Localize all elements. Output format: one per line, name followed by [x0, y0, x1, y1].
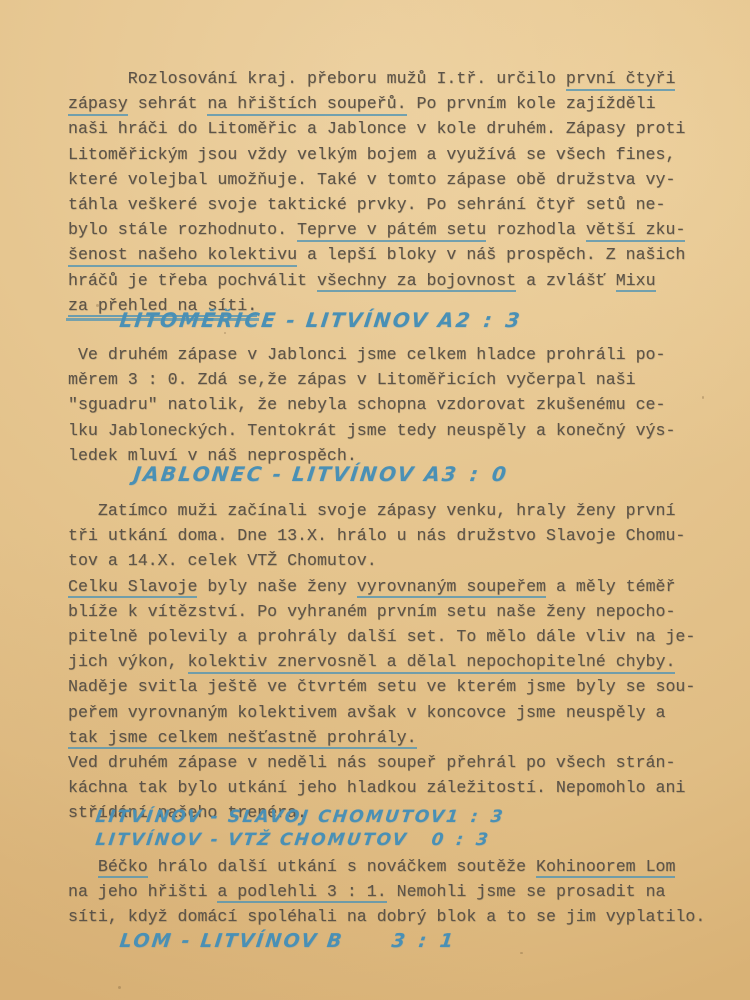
typed-line: naši hráči do Litoměřic a Jablonce v kol…: [68, 116, 716, 141]
typed-line: pitelně polevily a prohrály další set. T…: [68, 624, 716, 649]
underlined-phrase: zápasy: [68, 94, 128, 116]
typed-line: lku Jabloneckých. Tentokrát jsme tedy ne…: [68, 418, 716, 443]
typed-text: rozhodla: [486, 220, 586, 239]
underlined-phrase: vyrovnaným soupeřem: [357, 577, 546, 599]
typed-line: káchna tak bylo utkání jeho hladkou zále…: [68, 775, 716, 800]
underlined-phrase: Mixu: [616, 271, 656, 293]
underlined-phrase: tak jsme celkem nešťastně prohrály.: [68, 728, 417, 750]
typewritten-paragraph: Zatímco muži začínali svoje zápasy venku…: [68, 498, 716, 826]
typed-text: káchna tak bylo utkání jeho hladkou zále…: [68, 778, 685, 797]
handwritten-score: 1 : 3: [445, 806, 508, 829]
typed-line: Celku Slavoje byly naše ženy vyrovnaným …: [68, 574, 716, 599]
typed-text: sehrát: [128, 94, 208, 113]
handwritten-result: LITOMĚŘICE - LITVÍNOV A2 : 3: [118, 306, 719, 334]
handwritten-result: LITVÍNOV - VTŽ CHOMUTOV0 : 3: [94, 829, 719, 852]
underlined-phrase: a podlehli 3 : 1.: [217, 882, 386, 904]
typed-text: Litoměřickým jsou vždy velkým bojem a vy…: [68, 145, 675, 164]
typed-text: táhla veškeré svoje taktické prvky. Po s…: [68, 195, 665, 214]
typed-line: zápasy sehrát na hřištích soupeřů. Po pr…: [68, 91, 716, 116]
typed-text: Po prvním kole zajížděli: [407, 94, 656, 113]
paper-speck: [118, 986, 121, 989]
typed-line: měrem 3 : 0. Zdá se,že zápas v Litoměřic…: [68, 367, 716, 392]
typewritten-paragraph: Rozlosování kraj. přeboru mužů I.tř. urč…: [68, 66, 716, 318]
typed-line: Ved druhém zápase v neděli nás soupeř př…: [68, 750, 716, 775]
underlined-phrase: první čtyři: [566, 69, 676, 91]
typed-text: naši hráči do Litoměřic a Jablonce v kol…: [68, 119, 685, 138]
typed-text: Nemohli jsme se prosadit na: [387, 882, 666, 901]
typed-text: Rozlosování kraj. přeboru mužů I.tř. urč…: [68, 69, 566, 88]
handwritten-result: LITVÍNOV - SLAVOJ CHOMUTOV1 : 3: [94, 806, 719, 829]
typed-text: a lepší bloky v náš prospěch. Z našich: [297, 245, 685, 264]
typed-line: Béčko hrálo další utkání s nováčkem sout…: [68, 854, 716, 879]
typed-text: Ved druhém zápase v neděli nás soupeř př…: [68, 753, 675, 772]
typed-line: bylo stále rozhodnuto. Teprve v pátém se…: [68, 217, 716, 242]
typed-text: lku Jabloneckých. Tentokrát jsme tedy ne…: [68, 421, 675, 440]
typed-text: které volejbal umožňuje. Také v tomto zá…: [68, 170, 675, 189]
handwritten-score: 2 : 3: [454, 306, 525, 334]
handwritten-matchup: LITOMĚŘICE - LITVÍNOV A: [118, 306, 458, 334]
typed-text: měrem 3 : 0. Zdá se,že zápas v Litoměřic…: [68, 370, 636, 389]
handwritten-matchup: LITVÍNOV - SLAVOJ CHOMUTOV: [94, 806, 447, 829]
typed-text: pitelně polevily a prohrály další set. T…: [68, 627, 695, 646]
typed-line: tak jsme celkem nešťastně prohrály.: [68, 725, 716, 750]
typed-text: tři utkání doma. Dne 13.X. hrálo u nás d…: [68, 526, 685, 545]
typed-line: síti, když domácí spoléhali na dobrý blo…: [68, 904, 716, 929]
typed-text: peřem vyrovnaným kolektivem avšak v konc…: [68, 703, 665, 722]
typed-line: Ve druhém zápase v Jablonci jsme celkem …: [68, 342, 716, 367]
typed-text: na jeho hřišti: [68, 882, 217, 901]
underlined-phrase: Kohinoorem Lom: [536, 857, 675, 879]
typed-line: blíže k vítězství. Po vyhraném prvním se…: [68, 599, 716, 624]
typed-text: hrálo další utkání s nováčkem soutěže: [148, 857, 536, 876]
typed-line: "sguadru" natolik, že nebyla schopna vzd…: [68, 392, 716, 417]
typed-line: Naděje svitla ještě ve čtvrtém setu ve k…: [68, 674, 716, 699]
typed-text: Naděje svitla ještě ve čtvrtém setu ve k…: [68, 677, 695, 696]
typed-text: hráčů je třeba pochválit: [68, 271, 317, 290]
typed-text: a měly téměř: [546, 577, 675, 596]
typed-text: tov a 14.X. celek VTŽ Chomutov.: [68, 551, 377, 570]
underlined-phrase: Teprve v pátém setu: [297, 220, 486, 242]
typed-line: peřem vyrovnaným kolektivem avšak v konc…: [68, 700, 716, 725]
typed-text: bylo stále rozhodnuto.: [68, 220, 297, 239]
typed-text: blíže k vítězství. Po vyhraném prvním se…: [68, 602, 675, 621]
typed-text: "sguadru" natolik, že nebyla schopna vzd…: [68, 395, 665, 414]
typed-line: jich výkon, kolektiv znervosněl a dělal …: [68, 649, 716, 674]
handwritten-score: 3 : 1: [390, 927, 458, 955]
handwritten-score: 3 : 0: [440, 460, 511, 488]
typed-line: tov a 14.X. celek VTŽ Chomutov.: [68, 548, 716, 573]
underlined-phrase: Béčko: [98, 857, 148, 879]
handwritten-matchup: LOM - LITVÍNOV B: [118, 927, 393, 955]
handwritten-matchup: LITVÍNOV - VTŽ CHOMUTOV: [94, 829, 433, 852]
typed-text: síti, když domácí spoléhali na dobrý blo…: [68, 907, 705, 926]
typed-text: byly naše ženy: [197, 577, 356, 596]
underlined-phrase: šenost našeho kolektivu: [68, 245, 297, 267]
typed-line: Rozlosování kraj. přeboru mužů I.tř. urč…: [68, 66, 716, 91]
handwritten-result: JABLONEC - LITVÍNOV A3 : 0: [132, 460, 719, 488]
typed-line: na jeho hřišti a podlehli 3 : 1. Nemohli…: [68, 879, 716, 904]
underlined-phrase: kolektiv znervosněl a dělal nepochopitel…: [188, 652, 676, 674]
typed-text: Zatímco muži začínali svoje zápasy venku…: [68, 501, 675, 520]
typewritten-paragraph: Béčko hrálo další utkání s nováčkem sout…: [68, 854, 716, 930]
underlined-phrase: na hřištích soupeřů.: [207, 94, 406, 116]
typed-text: jich výkon,: [68, 652, 188, 671]
typed-line: hráčů je třeba pochválit všechny za bojo…: [68, 268, 716, 293]
handwritten-result: LOM - LITVÍNOV B3 : 1: [118, 927, 719, 955]
typed-line: táhla veškeré svoje taktické prvky. Po s…: [68, 192, 716, 217]
typed-line: Litoměřickým jsou vždy velkým bojem a vy…: [68, 142, 716, 167]
underlined-phrase: všechny za bojovnost: [317, 271, 516, 293]
underlined-phrase: Celku Slavoje: [68, 577, 197, 599]
typed-line: šenost našeho kolektivu a lepší bloky v …: [68, 242, 716, 267]
typed-line: které volejbal umožňuje. Také v tomto zá…: [68, 167, 716, 192]
typed-line: tři utkání doma. Dne 13.X. hrálo u nás d…: [68, 523, 716, 548]
scanned-document-page: Rozlosování kraj. přeboru mužů I.tř. urč…: [0, 0, 750, 1000]
typed-text: a zvlášť: [516, 271, 616, 290]
handwritten-matchup: JABLONEC - LITVÍNOV A: [132, 460, 444, 488]
handwritten-score: 0 : 3: [430, 829, 493, 852]
typed-line: Zatímco muži začínali svoje zápasy venku…: [68, 498, 716, 523]
typed-text: [68, 857, 98, 876]
typewritten-paragraph: Ve druhém zápase v Jablonci jsme celkem …: [68, 342, 716, 468]
document-text-area: Rozlosování kraj. přeboru mužů I.tř. urč…: [68, 66, 716, 955]
underlined-phrase: větší zku-: [586, 220, 686, 242]
typed-text: Ve druhém zápase v Jablonci jsme celkem …: [68, 345, 665, 364]
